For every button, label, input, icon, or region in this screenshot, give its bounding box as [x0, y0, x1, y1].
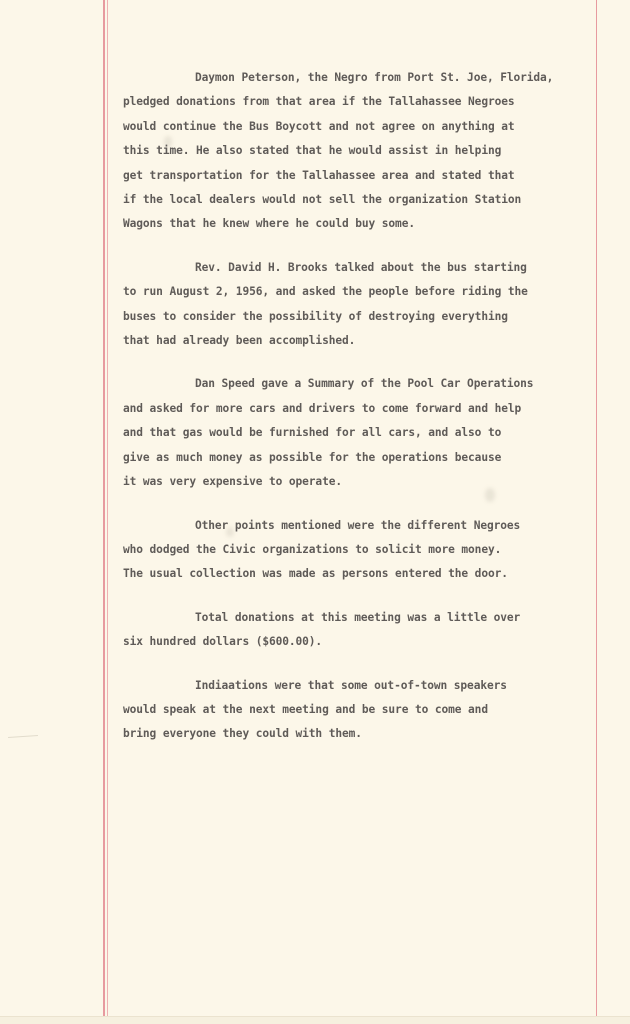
- typed-line: buses to consider the possibility of des…: [123, 310, 508, 323]
- typed-line: Dan Speed gave a Summary of the Pool Car…: [195, 377, 533, 390]
- typed-line: if the local dealers would not sell the …: [123, 193, 521, 206]
- typed-line: would continue the Bus Boycott and not a…: [123, 120, 515, 133]
- typed-line: Rev. David H. Brooks talked about the bu…: [195, 261, 527, 274]
- typed-line: get transportation for the Tallahassee a…: [123, 169, 515, 182]
- paragraph-speed: Dan Speed gave a Summary of the Pool Car…: [123, 372, 593, 494]
- typed-line: The usual collection was made as persons…: [123, 567, 508, 580]
- typed-line: pledged donations from that area if the …: [123, 95, 515, 108]
- typed-line: this time. He also stated that he would …: [123, 144, 501, 157]
- typed-line: who dodged the Civic organizations to so…: [123, 543, 501, 556]
- typed-line: Other points mentioned were the differen…: [195, 519, 520, 532]
- typed-line: Indiaations were that some out-of-town s…: [195, 679, 507, 692]
- paragraph-other-points: Other points mentioned were the differen…: [123, 514, 593, 587]
- document-page: Daymon Peterson, the Negro from Port St.…: [0, 0, 630, 1024]
- typed-line: bring everyone they could with them.: [123, 727, 362, 740]
- typed-line: it was very expensive to operate.: [123, 475, 342, 488]
- paragraph-indications: Indiaations were that some out-of-town s…: [123, 674, 593, 747]
- typed-line: Wagons that he knew where he could buy s…: [123, 217, 415, 230]
- paper-mark: [8, 735, 38, 738]
- paragraph-peterson: Daymon Peterson, the Negro from Port St.…: [123, 66, 593, 237]
- paragraph-donations: Total donations at this meeting was a li…: [123, 606, 593, 655]
- paragraph-brooks: Rev. David H. Brooks talked about the bu…: [123, 256, 593, 354]
- typed-line: give as much money as possible for the o…: [123, 451, 501, 464]
- left-margin-rule-inner: [107, 0, 108, 1018]
- typed-line: and asked for more cars and drivers to c…: [123, 402, 521, 415]
- typed-line: six hundred dollars ($600.00).: [123, 635, 322, 648]
- typed-line: would speak at the next meeting and be s…: [123, 703, 488, 716]
- left-margin-rule: [103, 0, 105, 1018]
- typed-line: Daymon Peterson, the Negro from Port St.…: [195, 71, 553, 84]
- typed-line: that had already been accomplished.: [123, 334, 355, 347]
- typed-line: to run August 2, 1956, and asked the peo…: [123, 285, 528, 298]
- right-margin-rule: [596, 0, 597, 1018]
- typed-line: Total donations at this meeting was a li…: [195, 611, 520, 624]
- page-bottom-edge: [0, 1016, 630, 1024]
- typed-line: and that gas would be furnished for all …: [123, 426, 501, 439]
- typewritten-body: Daymon Peterson, the Negro from Port St.…: [123, 66, 593, 766]
